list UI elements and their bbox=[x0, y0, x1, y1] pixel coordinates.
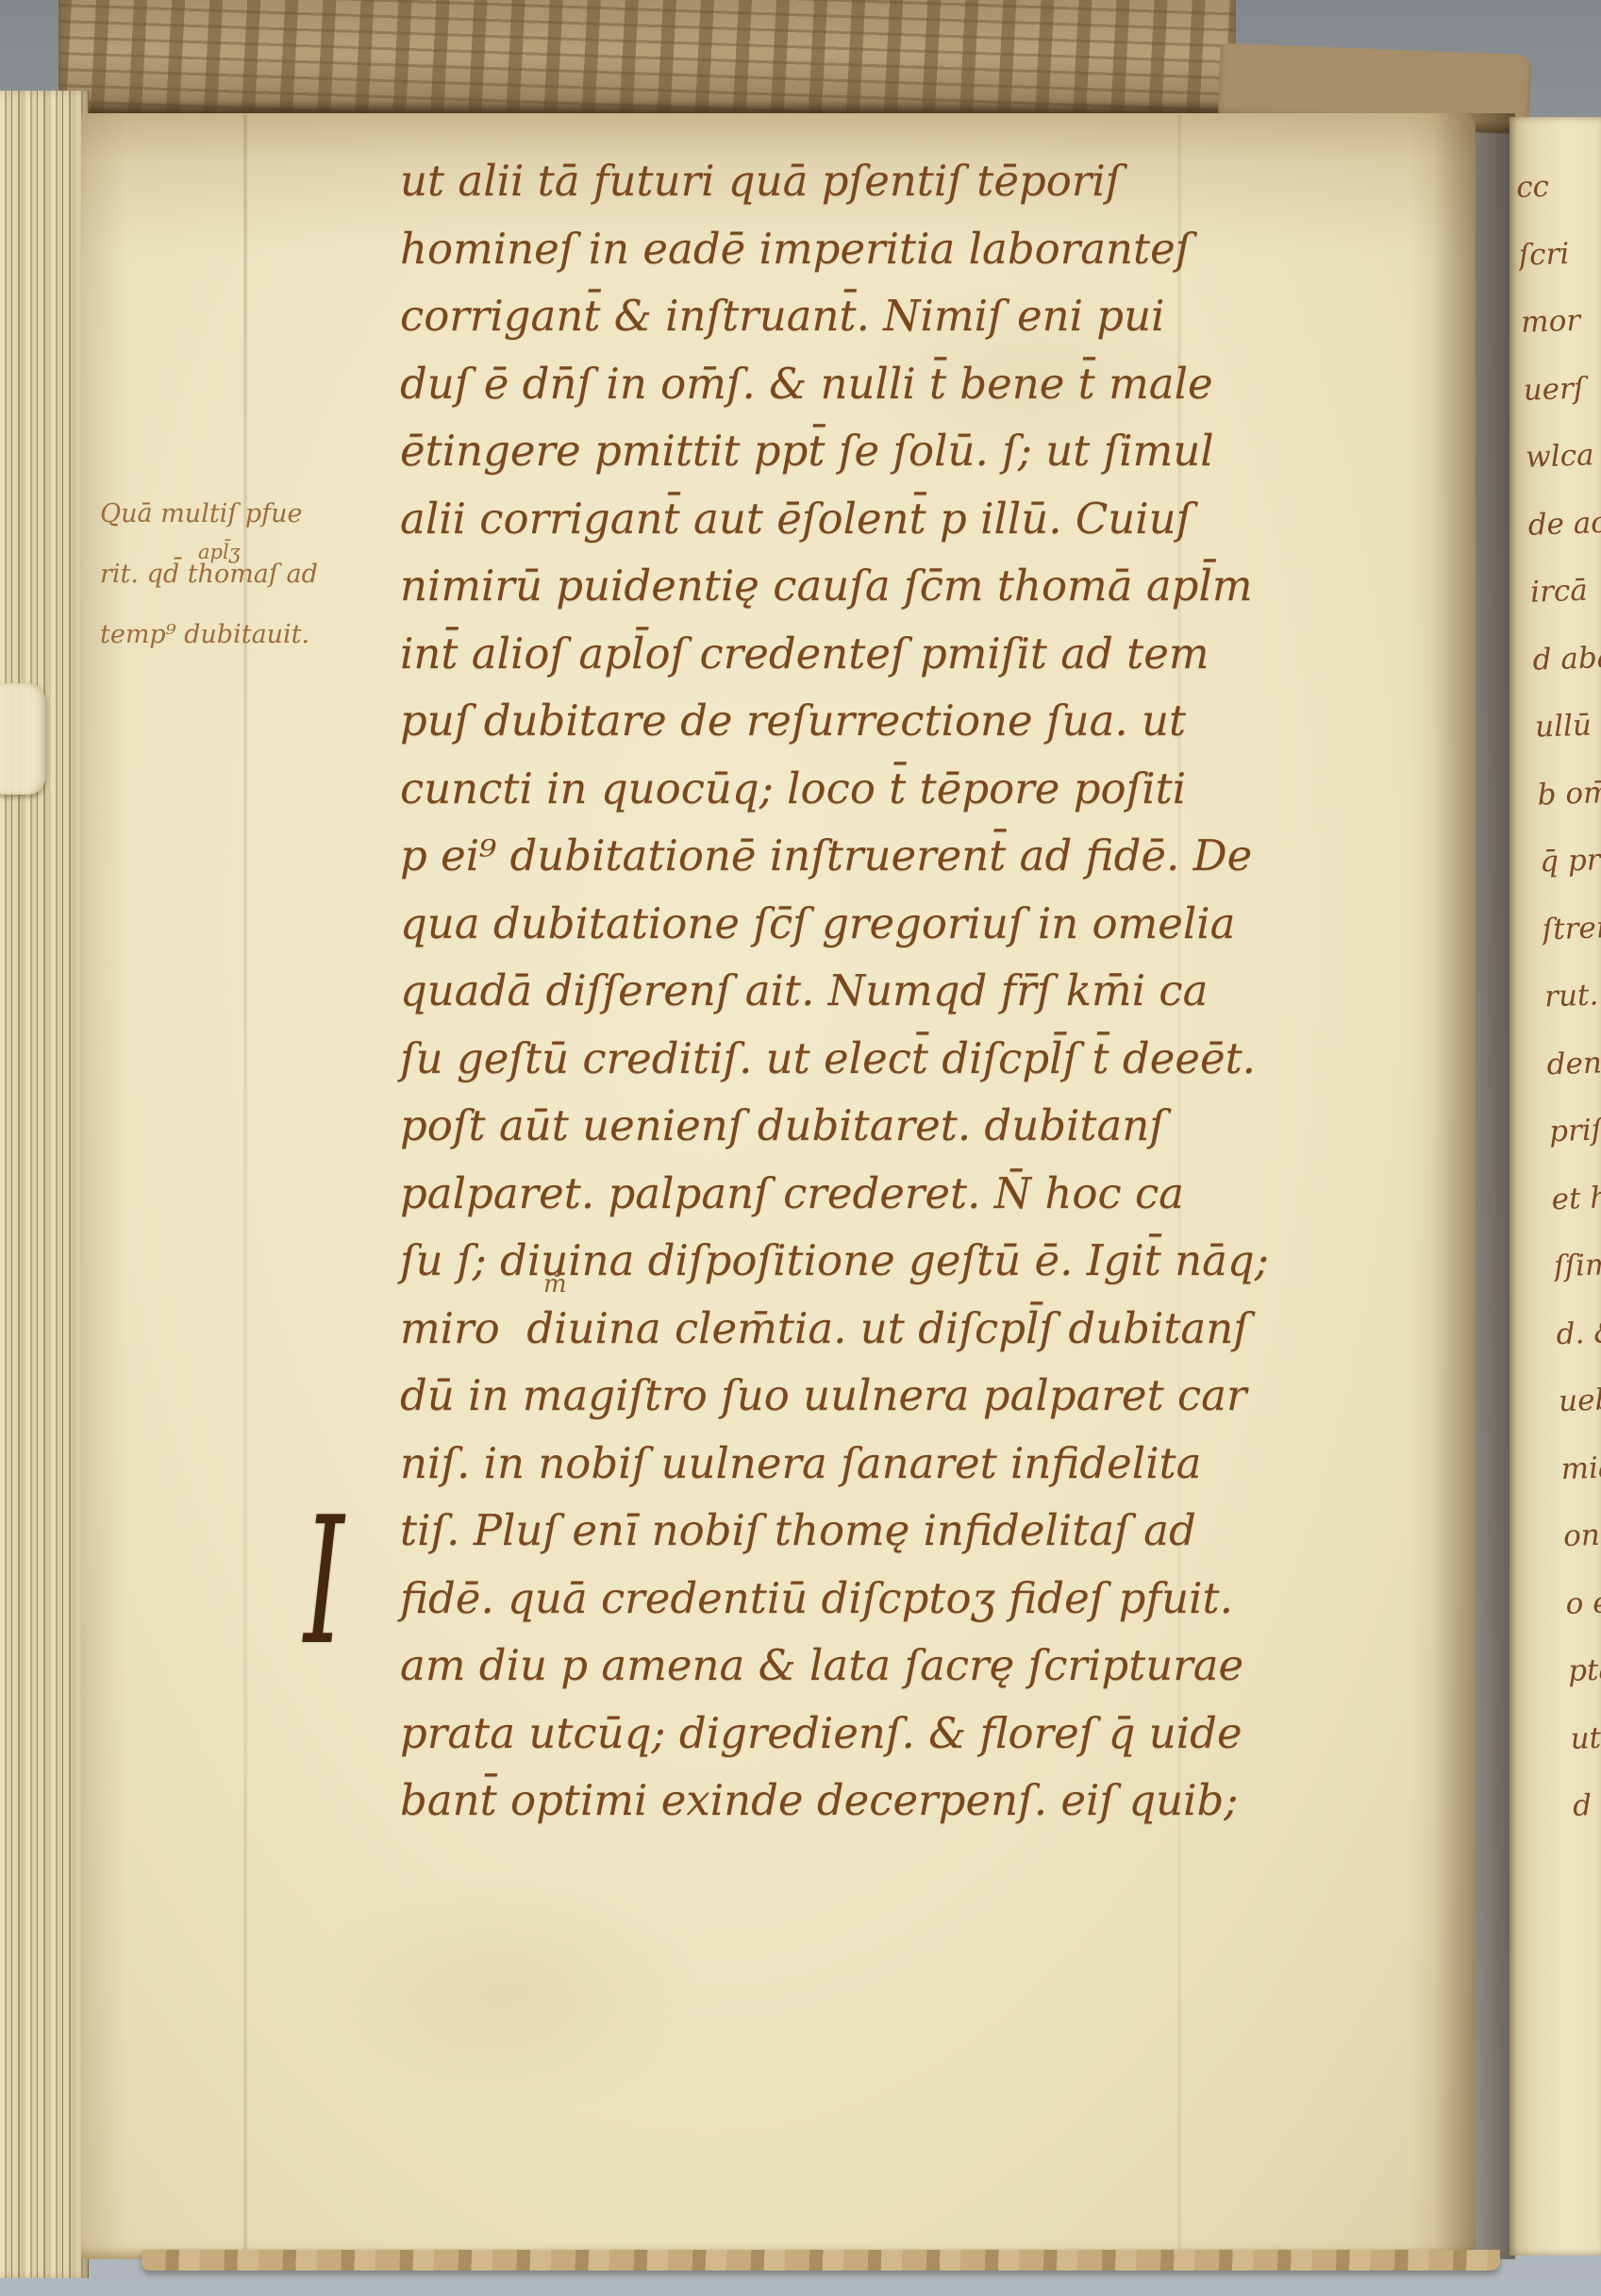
facing-page-text-fragment: mor bbox=[1520, 285, 1601, 357]
facing-page-text-fragment: ſſimi friſ bbox=[1553, 1229, 1601, 1300]
facing-page-text-fragment: ircā bbox=[1529, 555, 1601, 627]
facing-page-text-fragment: rut. q̄ bbox=[1543, 960, 1601, 1031]
text-line: ſu geſtū creditiſ. ut elect̄ diſcpl̄ſ t̄… bbox=[400, 1025, 1443, 1093]
text-line: puſ dubitare de reſurrectione ſua. ut bbox=[400, 687, 1443, 755]
gutter-shadow bbox=[1434, 113, 1515, 2259]
facing-page-text-fragment: de ac bbox=[1526, 487, 1601, 559]
book-head-edge bbox=[58, 0, 1236, 119]
text-line: p ei⁹ dubitationē inſtruerent̄ ad fidē. … bbox=[400, 822, 1443, 890]
facing-page-text-fragment: one fatig bbox=[1562, 1499, 1601, 1570]
facing-page-text-fragment: d. & ſcript bbox=[1555, 1297, 1601, 1368]
margin-note-line: temp⁹ dubitauit. bbox=[100, 619, 309, 651]
text-line: am diu p amena & lata ſacrę ſcripturae bbox=[400, 1632, 1443, 1700]
facing-page-text-fragment: d hac impug bbox=[1572, 1768, 1601, 1840]
facing-page-text-fragment: b om̄ bbox=[1536, 757, 1601, 829]
text-line: bant̄ optimi exinde decerpenſ. eiſ quib; bbox=[400, 1767, 1443, 1835]
facing-page-strip: cc ſcri mor uerſ wlca de ac ircā d abal … bbox=[1509, 117, 1601, 2255]
text-line: homineſ in eadē imperitia laboranteſ bbox=[400, 215, 1443, 283]
text-line: ut alii tā futuri quā pſentiſ tēporiſ bbox=[400, 147, 1443, 215]
margin-note-line: rit. qd̄ thomaſ ad bbox=[100, 559, 318, 591]
main-text-block: ut alii tā futuri quā pſentiſ tēporiſ ho… bbox=[400, 147, 1443, 1835]
facing-page-text-fragment: uebat eni bbox=[1558, 1364, 1601, 1435]
facing-page-text-fragment: wlca bbox=[1525, 420, 1601, 492]
page-fold-line bbox=[243, 115, 247, 2255]
text-line: alii corrigant̄ aut ēſolent̄ p illū. Cui… bbox=[400, 485, 1443, 553]
text-line: niſ. in nobiſ uulnera ſanaret infidelita bbox=[400, 1430, 1443, 1498]
text-line: dū in magiſtro ſuo uulnera palparet car bbox=[400, 1362, 1443, 1430]
facing-page-text-column: cc ſcri mor uerſ wlca de ac ircā d abal … bbox=[1515, 150, 1601, 1840]
text-line: quadā diſſerenſ ait. Numqd fr̄ſ km̄i ca bbox=[400, 957, 1443, 1025]
text-line: palparet. palpanſ crederet. N̄ hoc ca bbox=[400, 1160, 1443, 1228]
facing-page-text-fragment: ut. Cūq; po bbox=[1569, 1701, 1601, 1773]
text-line: miro diuina clem̄tia. ut diſcpl̄ſ dubita… bbox=[400, 1295, 1443, 1363]
facing-page-text-fragment: d abal bbox=[1531, 622, 1601, 694]
facing-page-text-fragment: q̄ prim bbox=[1539, 825, 1601, 897]
facing-page-text-fragment: uerſ bbox=[1522, 352, 1601, 424]
facing-page-text-fragment: mia diu bbox=[1559, 1432, 1601, 1503]
text-line: ētingere pmittit ppt̄ ſe ſolū. ſ; ut ſim… bbox=[400, 417, 1443, 485]
text-line: int̄ alioſ apl̄oſ credenteſ pmiſit ad te… bbox=[400, 620, 1443, 688]
text-line: fidē. quā credentiū diſcptoʒ fideſ pfuit… bbox=[400, 1565, 1443, 1633]
facing-page-text-fragment: ſtremi bbox=[1541, 892, 1601, 964]
vellum-tab bbox=[0, 683, 45, 795]
facing-page-text-fragment: ullū c bbox=[1534, 690, 1601, 762]
margin-note-line: Quā multiſ pfue bbox=[100, 498, 303, 530]
facing-page-text-fragment: et hic ſe bbox=[1550, 1162, 1601, 1233]
initial-letter-I: I bbox=[304, 1487, 342, 1676]
page-bottom-edge bbox=[142, 2250, 1500, 2271]
facing-page-text-fragment: o eni ſtudi bbox=[1564, 1567, 1601, 1638]
facing-page-text-fragment: ptationiſ bbox=[1567, 1634, 1601, 1705]
text-line: ſu ſ; diuina diſpoſitione geſtū ē. Igit̄… bbox=[400, 1227, 1443, 1295]
facing-page-text-fragment: priſ qu bbox=[1548, 1095, 1601, 1166]
manuscript-photo: Quā multiſ pfue apl̄ʒ rit. qd̄ thomaſ ad… bbox=[0, 0, 1601, 2296]
facing-page-text-fragment: cc bbox=[1515, 150, 1601, 222]
text-line: poſt aūt uenienſ dubitaret. dubitanſ bbox=[400, 1092, 1443, 1160]
text-line: nimirū puidentię cauſa ſc̄m thomā apl̄m bbox=[400, 552, 1443, 620]
facing-page-text-fragment: denteſ bbox=[1545, 1027, 1601, 1098]
left-page-edges bbox=[0, 91, 89, 2278]
text-line: qua dubitatione ſc̄ſ gregoriuſ in omelia bbox=[400, 890, 1443, 958]
text-line: corrigant̄ & inſtruant̄. Nimiſ eni pui bbox=[400, 282, 1443, 350]
text-line: tiſ. Pluſ enī nobiſ thomę infidelitaſ ad bbox=[400, 1497, 1443, 1565]
text-line: cuncti in quocūq; loco t̄ tēpore poſiti bbox=[400, 755, 1443, 823]
text-line: duſ ē dn̄ſ in om̄ſ. & nulli t̄ bene t̄ m… bbox=[400, 350, 1443, 418]
facing-page-text-fragment: ſcri bbox=[1517, 218, 1601, 290]
text-line: prata utcūq; digredienſ. & floreſ q̄ uid… bbox=[400, 1700, 1443, 1768]
